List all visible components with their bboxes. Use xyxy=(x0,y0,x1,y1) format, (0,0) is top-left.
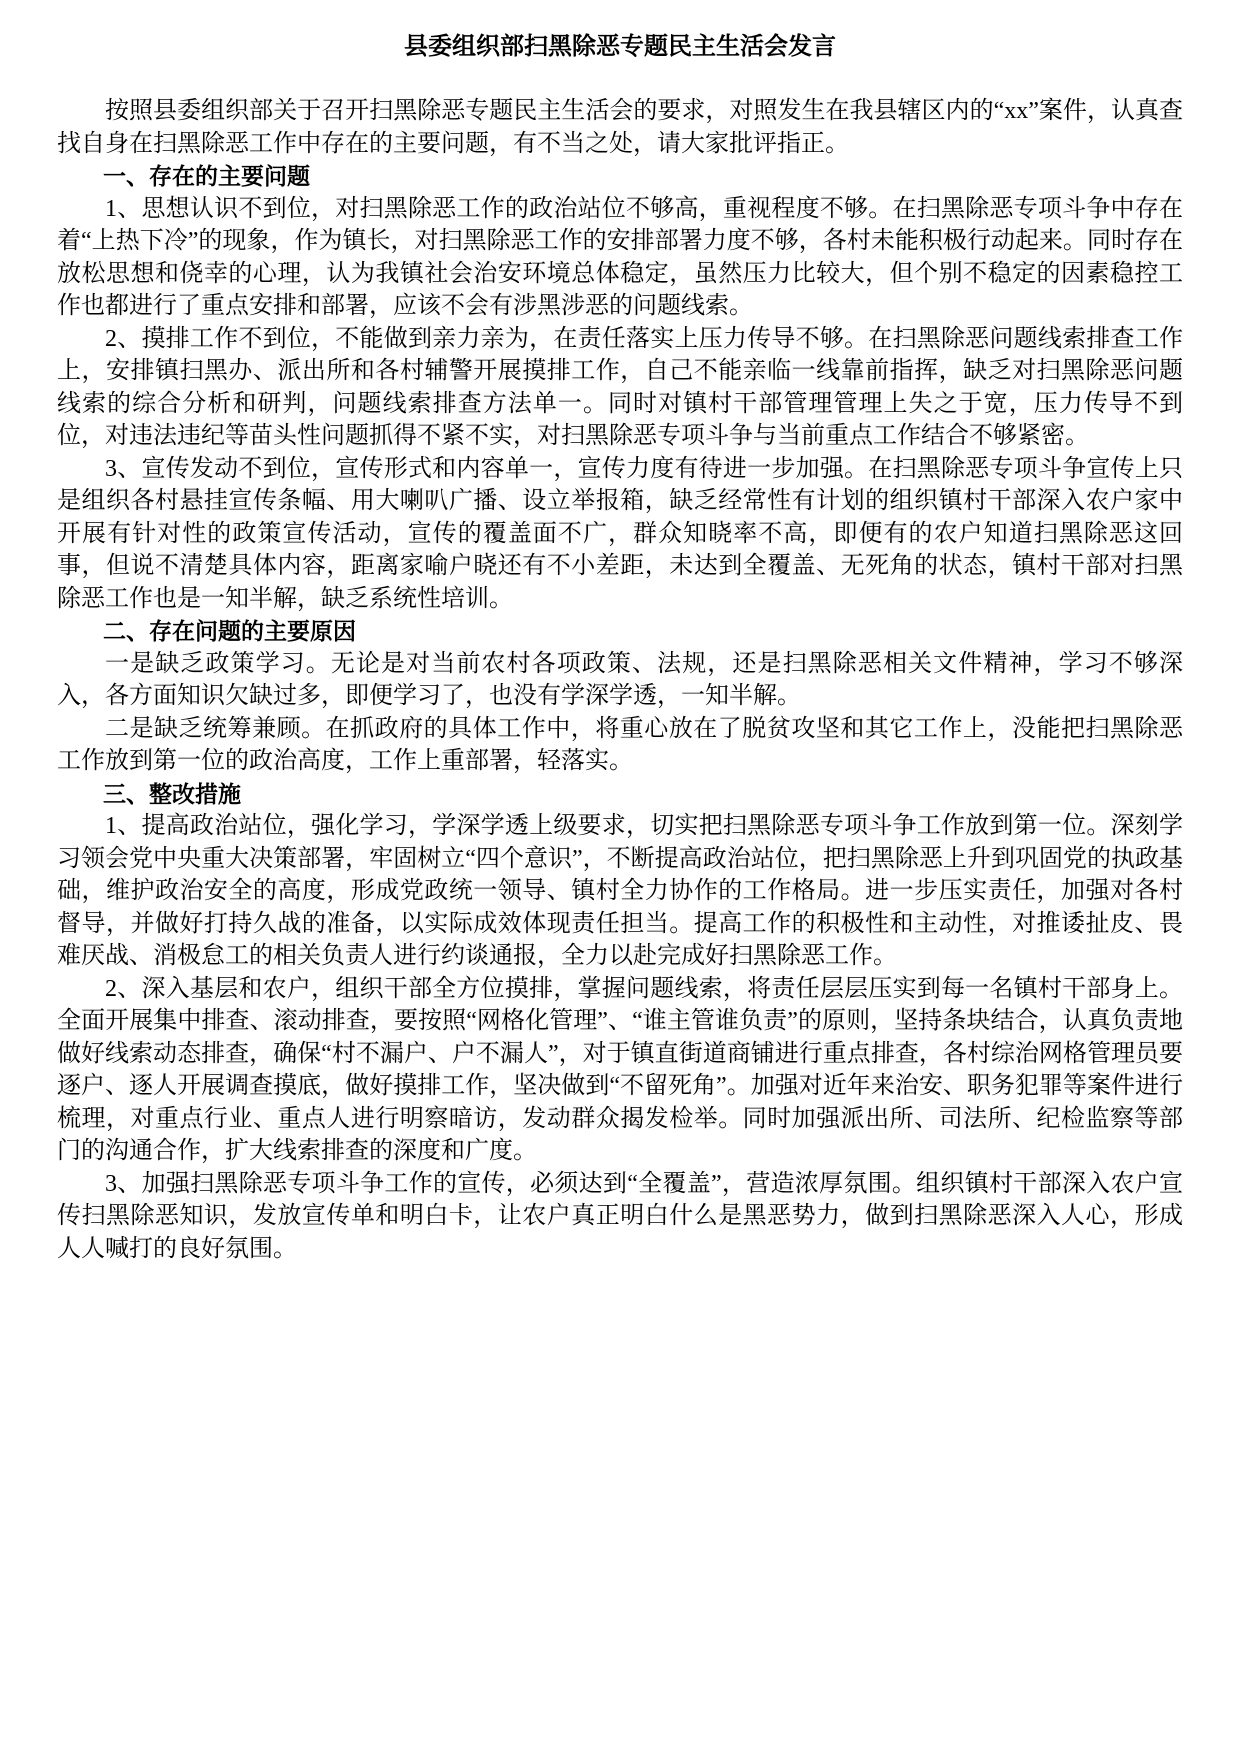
paragraph: 1、思想认识不到位，对扫黑除恶工作的政治站位不够高，重视程度不够。在扫黑除恶专项… xyxy=(57,193,1183,323)
section-heading: 三、整改措施 xyxy=(57,778,1183,811)
paragraph: 3、宣传发动不到位，宣传形式和内容单一，宣传力度有待进一步加强。在扫黑除恶专项斗… xyxy=(57,453,1183,616)
section-heading: 一、存在的主要问题 xyxy=(57,160,1183,193)
paragraph: 1、提高政治站位，强化学习，学深学透上级要求，切实把扫黑除恶专项斗争工作放到第一… xyxy=(57,810,1183,973)
paragraph: 3、加强扫黑除恶专项斗争工作的宣传，必须达到“全覆盖”，营造浓厚氛围。组织镇村干… xyxy=(57,1168,1183,1266)
document-title: 县委组织部扫黑除恶专题民主生活会发言 xyxy=(57,30,1183,64)
paragraph: 2、深入基层和农户，组织干部全方位摸排，掌握问题线索，将责任层层压实到每一名镇村… xyxy=(57,973,1183,1168)
section-heading: 二、存在问题的主要原因 xyxy=(57,615,1183,648)
paragraph: 2、摸排工作不到位，不能做到亲力亲为，在责任落实上压力传导不够。在扫黑除恶问题线… xyxy=(57,323,1183,453)
paragraph: 一是缺乏政策学习。无论是对当前农村各项政策、法规，还是扫黑除恶相关文件精神，学习… xyxy=(57,648,1183,713)
paragraph: 按照县委组织部关于召开扫黑除恶专题民主生活会的要求，对照发生在我县辖区内的“xx… xyxy=(57,95,1183,160)
paragraph: 二是缺乏统筹兼顾。在抓政府的具体工作中，将重心放在了脱贫攻坚和其它工作上，没能把… xyxy=(57,713,1183,778)
document-body: 按照县委组织部关于召开扫黑除恶专题民主生活会的要求，对照发生在我县辖区内的“xx… xyxy=(57,95,1183,1265)
document-page: 县委组织部扫黑除恶专题民主生活会发言 按照县委组织部关于召开扫黑除恶专题民主生活… xyxy=(0,0,1240,1754)
